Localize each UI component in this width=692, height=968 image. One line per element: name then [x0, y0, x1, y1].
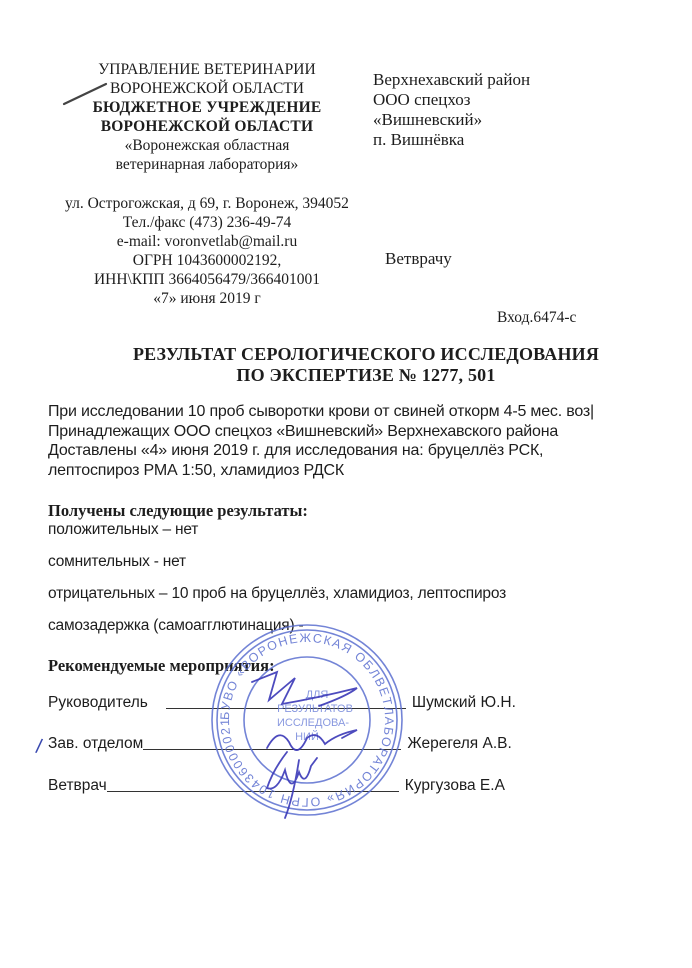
intro-line-4: лептоспироз РМА 1:50, хламидиоз РДСК	[48, 461, 692, 481]
recipient-org: ООО спецхоз	[373, 90, 530, 110]
result-self-agglutination: самозадержка (самоагглютинация) -	[48, 617, 304, 635]
signature-line	[107, 791, 399, 792]
result-positive: положительных – нет	[48, 521, 198, 539]
intro-line-2: Принадлежащих ООО спецхоз «Вишневский» В…	[48, 422, 692, 442]
recipient-addressee: Ветврачу	[385, 249, 452, 269]
document-date: «7» июня 2019 г	[48, 289, 366, 308]
signature-role: Зав. отделом	[48, 735, 143, 753]
sender-phone: Тел./факс (473) 236-49-74	[48, 213, 366, 232]
title-line-2: ПО ЭКСПЕРТИЗЕ № 1277, 501	[40, 365, 692, 386]
results-heading: Получены следующие результаты:	[48, 501, 308, 521]
signature-role: Ветврач	[48, 777, 107, 795]
signature-name: Шумский Ю.Н.	[412, 694, 516, 712]
intro-line-3: Доставлены «4» июня 2019 г. для исследов…	[48, 441, 692, 461]
recipient-settlement: п. Вишнёвка	[373, 130, 530, 150]
sender-lab-name: «Воронежская областная	[48, 136, 366, 155]
incoming-number: Вход.6474-с	[497, 309, 576, 327]
stamp-inner-3: ИССЛЕДОВА-	[277, 717, 349, 729]
recipient-district: Верхнехавский район	[373, 70, 530, 90]
sender-email: e-mail: voronvetlab@mail.ru	[48, 232, 366, 251]
title-line-1: РЕЗУЛЬТАТ СЕРОЛОГИЧЕСКОГО ИССЛЕДОВАНИЯ	[40, 344, 692, 365]
sender-dept: УПРАВЛЕНИЕ ВЕТЕРИНАРИИ	[48, 60, 366, 79]
result-doubtful: сомнительных - нет	[48, 553, 186, 571]
pen-mark-icon	[62, 80, 112, 110]
signature-row-vet: Ветврач Кургузова Е.А	[48, 777, 568, 795]
signature-row-head: Руководитель Шумский Ю.Н.	[48, 694, 568, 712]
sender-lab-name-2: ветеринарная лаборатория»	[48, 155, 366, 174]
pen-tick-icon: /	[34, 736, 43, 760]
signature-line	[143, 749, 401, 750]
signature-name: Кургузова Е.А	[405, 777, 505, 795]
result-negative: отрицательных – 10 проб на бруцеллёз, хл…	[48, 585, 506, 603]
intro-line-1: При исследовании 10 проб сыворотки крови…	[48, 402, 692, 422]
recipient-block: Верхнехавский район ООО спецхоз «Вишневс…	[373, 70, 530, 150]
signature-role: Руководитель	[48, 694, 148, 712]
recommendations-heading: Рекомендуемые мероприятия:	[48, 656, 275, 676]
document-title: РЕЗУЛЬТАТ СЕРОЛОГИЧЕСКОГО ИССЛЕДОВАНИЯ П…	[40, 344, 692, 386]
sender-ogrn: ОГРН 1043600002192,	[48, 251, 366, 270]
sender-inn: ИНН\КПП 3664056479/366401001	[48, 270, 366, 289]
intro-paragraph: При исследовании 10 проб сыворотки крови…	[48, 402, 692, 480]
sender-address: ул. Острогожская, д 69, г. Воронеж, 3940…	[48, 194, 366, 213]
recipient-org-name: «Вишневский»	[373, 110, 530, 130]
signature-line	[166, 708, 406, 709]
sender-institution-region: ВОРОНЕЖСКОЙ ОБЛАСТИ	[48, 117, 366, 136]
signature-name: Жерегеля А.В.	[407, 735, 511, 753]
signature-row-department: Зав. отделом Жерегеля А.В.	[48, 735, 568, 753]
